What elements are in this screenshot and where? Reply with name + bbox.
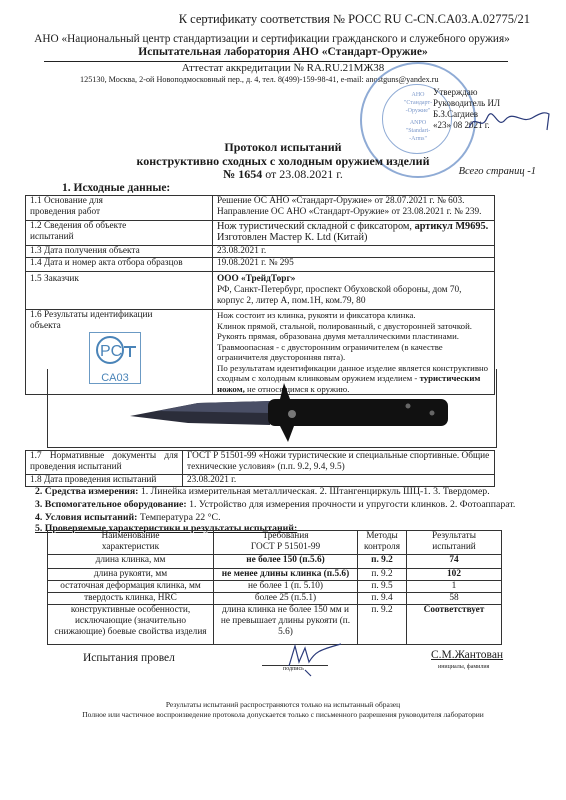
- table-row: 1.8 Дата проведения испытаний 23.08.2021…: [26, 475, 495, 487]
- row-value: Нож туристический складной с фиксатором,…: [213, 221, 495, 246]
- row-label: 1.7 Нормативные документы для проведения…: [26, 451, 183, 475]
- table-row: твердость клинка, HRC более 25 (п.5.1) п…: [48, 593, 502, 605]
- signature-caption: подпись: [283, 666, 304, 672]
- table-row: 1.7 Нормативные документы для проведения…: [26, 451, 495, 475]
- result: Соответствует: [407, 605, 502, 645]
- customer-name: ООО «ТрейдТорг»: [217, 274, 295, 284]
- knife-photo: [47, 369, 497, 448]
- article-number: артикул М9695.: [415, 221, 489, 232]
- row-label: 1.1 Основание для проведения работ: [26, 196, 213, 221]
- column-header: Методы контроля: [358, 531, 407, 555]
- footer-note-1: Результаты испытаний распространяются то…: [0, 700, 566, 709]
- page-count: Всего страниц -1: [459, 166, 536, 177]
- test-conditions: 4. Условия испытаний: Температура 22 °С.: [35, 512, 221, 523]
- method: п. 9.5: [358, 581, 407, 593]
- requirement: длина клинка не более 150 мм и не превыш…: [214, 605, 358, 645]
- row-label: 1.3 Дата получения объекта: [26, 246, 213, 258]
- row-value: ГОСТ Р 51501-99 «Ножи туристические и сп…: [183, 451, 495, 475]
- requirement: не более 1 (п. 5.10): [214, 581, 358, 593]
- table-row: длина рукояти, мм не менее длины клинка …: [48, 569, 502, 581]
- row-label: 1.2 Сведения об объекте испытаний: [26, 221, 213, 246]
- director-signature-icon: [467, 108, 552, 134]
- table-row: 1.1 Основание для проведения работ Решен…: [26, 196, 495, 221]
- auxiliary-equipment: 3. Вспомогательное оборудование: 1. Устр…: [35, 499, 515, 510]
- requirement: не более 150 (п.5.6): [214, 555, 358, 569]
- section4-label: 4. Условия испытаний:: [35, 512, 137, 523]
- characteristic-name: длина рукояти, мм: [48, 569, 214, 581]
- result: 102: [407, 569, 502, 581]
- table-row: длина клинка, мм не более 150 (п.5.6) п.…: [48, 555, 502, 569]
- accreditation: Аттестат аккредитации № RA.RU.21МЖ38: [0, 62, 566, 74]
- row-value: 23.08.2021 г.: [183, 475, 495, 487]
- knife-image-icon: [48, 369, 496, 447]
- section1-heading: 1. Исходные данные:: [62, 182, 170, 194]
- row-value: 19.08.2021 г. № 295: [213, 258, 495, 272]
- measurement-tools: 2. Средства измерения: 1. Линейка измери…: [35, 486, 490, 497]
- table-header-row: Наименование характеристик Требования ГО…: [48, 531, 502, 555]
- characteristic-name: длина клинка, мм: [48, 555, 214, 569]
- organization-name: АНО «Национальный центр стандартизации и…: [0, 33, 544, 45]
- manufacturer: Изготовлен Мастер К. Ltd (Китай): [217, 232, 367, 243]
- name-caption: инициалы, фамилия: [438, 664, 489, 670]
- section2-label: 2. Средства измерения:: [35, 486, 138, 497]
- requirement: не менее длины клинка (п.5.6): [214, 569, 358, 581]
- row-label: 1.5 Заказчик: [26, 272, 213, 310]
- footer-note-2: Полное или частичное воспроизведение про…: [0, 710, 566, 719]
- table-row: остаточная деформация клинка, мм не боле…: [48, 581, 502, 593]
- column-header: Результаты испытаний: [407, 531, 502, 555]
- customer-address: РФ, Санкт-Петербург, проспект Обуховской…: [217, 285, 462, 306]
- column-header: Требования ГОСТ Р 51501-99: [214, 531, 358, 555]
- section3-label: 3. Вспомогательное оборудование:: [35, 499, 187, 510]
- certificate-reference: К сертификату соответствия № РОСС RU C-C…: [0, 12, 530, 27]
- method: п. 9.2: [358, 569, 407, 581]
- tester-name: С.М.Жантован: [431, 649, 503, 661]
- row-label: 1.4 Дата и номер акта отбора образцов: [26, 258, 213, 272]
- row-value: 23.08.2021 г.: [213, 246, 495, 258]
- table-row: 1.2 Сведения об объекте испытаний Нож ту…: [26, 221, 495, 246]
- protocol-number-value: № 1654: [223, 167, 262, 181]
- svg-text:PC: PC: [100, 343, 122, 360]
- table-row: конструктивные особенности, исключающие …: [48, 605, 502, 645]
- row-value: Решение ОС АНО «Стандарт-Оружие» от 28.0…: [213, 196, 495, 221]
- table-row: 1.5 Заказчик ООО «ТрейдТорг»РФ, Санкт-Пе…: [26, 272, 495, 310]
- table-row: 1.3 Дата получения объекта 23.08.2021 г.: [26, 246, 495, 258]
- results-table: Наименование характеристик Требования ГО…: [47, 530, 502, 645]
- section3-value: 1. Устройство для измерения прочности и …: [187, 499, 516, 510]
- requirement: более 25 (п.5.1): [214, 593, 358, 605]
- tester-label: Испытания провел: [83, 652, 175, 664]
- result: 1: [407, 581, 502, 593]
- section2-value: 1. Линейка измерительная металлическая. …: [138, 486, 489, 497]
- result: 58: [407, 593, 502, 605]
- row-value: ООО «ТрейдТорг»РФ, Санкт-Петербург, прос…: [213, 272, 495, 310]
- characteristic-name: остаточная деформация клинка, мм: [48, 581, 214, 593]
- characteristic-name: твердость клинка, HRC: [48, 593, 214, 605]
- row-label: 1.8 Дата проведения испытаний: [26, 475, 183, 487]
- laboratory-name: Испытательная лаборатория АНО «Стандарт-…: [0, 46, 566, 58]
- approval-line: Утверждаю: [433, 87, 500, 98]
- pct-mark-icon: PC: [90, 333, 140, 367]
- identification-text: Нож состоит из клинка, рукояти и фиксато…: [217, 310, 472, 362]
- method: п. 9.4: [358, 593, 407, 605]
- method: п. 9.2: [358, 605, 407, 645]
- result: 74: [407, 555, 502, 569]
- protocol-date: от 23.08.2021 г.: [262, 167, 343, 181]
- characteristic-name: конструктивные особенности, исключающие …: [48, 605, 214, 645]
- object-name: Нож туристический складной с фиксатором,: [217, 221, 412, 232]
- protocol-title: Протокол испытаний: [0, 140, 566, 155]
- norms-table: 1.7 Нормативные документы для проведения…: [25, 450, 495, 487]
- table-row: 1.4 Дата и номер акта отбора образцов 19…: [26, 258, 495, 272]
- tester-signature-icon: [285, 640, 345, 680]
- method: п. 9.2: [358, 555, 407, 569]
- section4-value: Температура 22 °С.: [137, 512, 220, 523]
- column-header: Наименование характеристик: [48, 531, 214, 555]
